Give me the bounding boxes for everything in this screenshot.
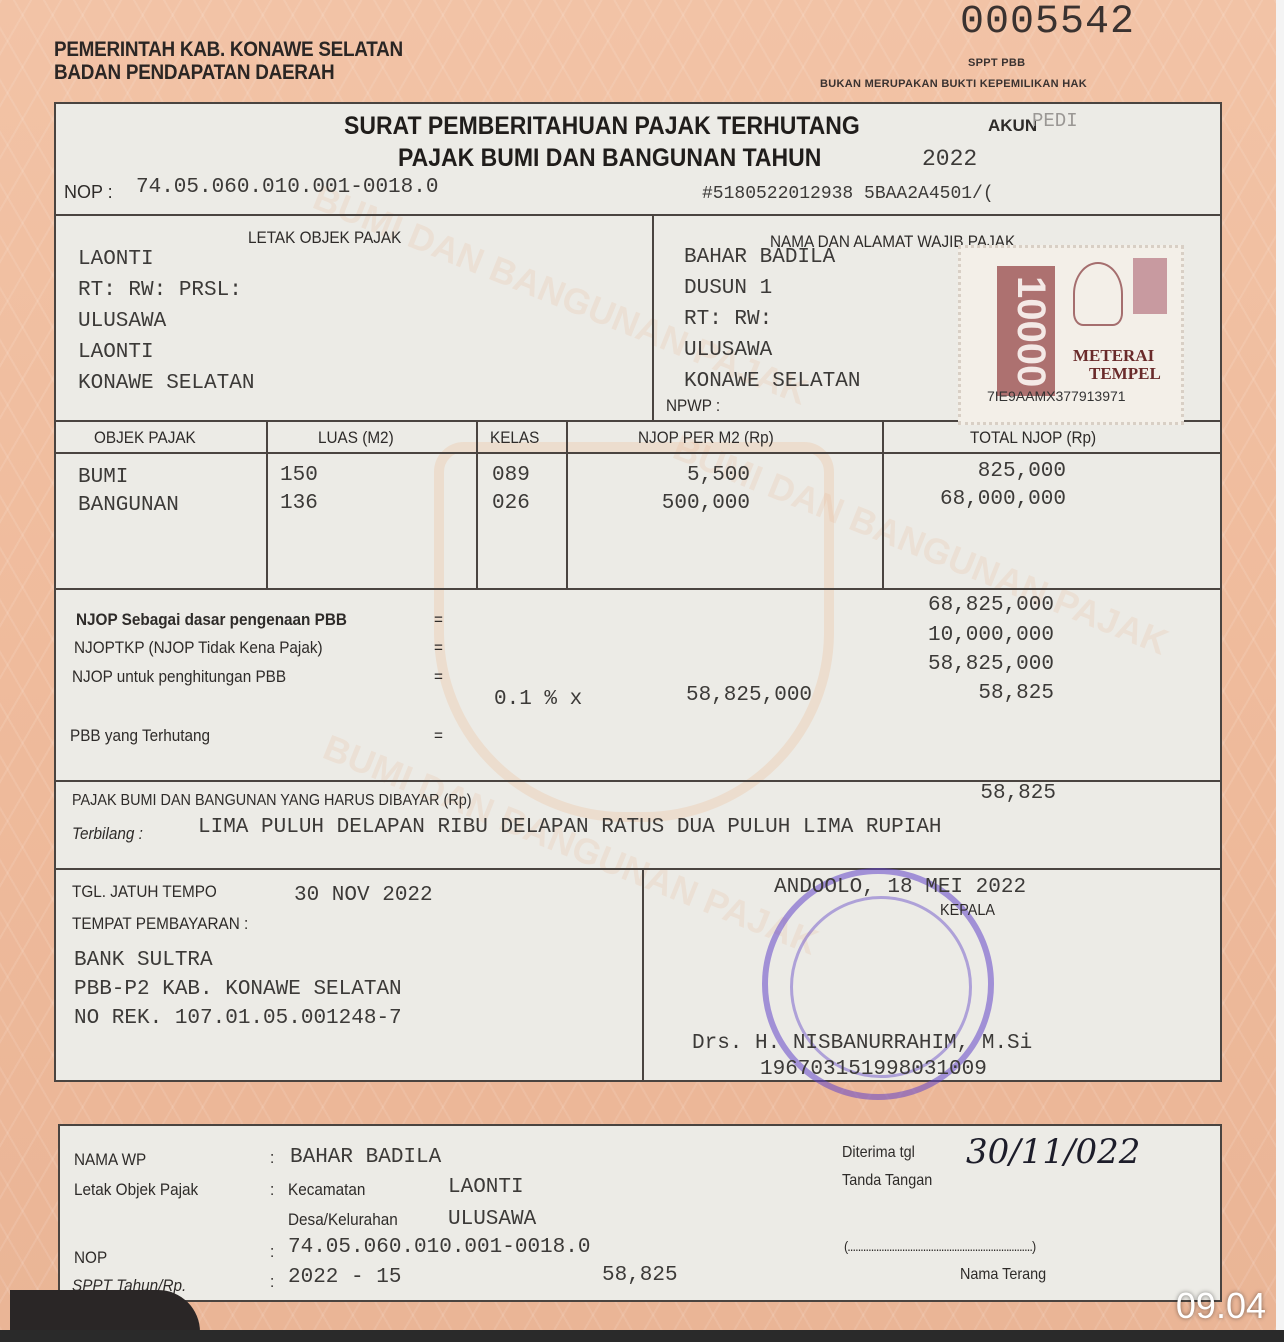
payment-place: BANK SULTRA PBB-P2 KAB. KONAWE SELATAN N… [74,946,402,1033]
cell-objek: BANGUNAN [78,494,179,517]
pbb-terhutang-label: PBB yang Terhutang [70,726,210,746]
signature-label: Tanda Tangan [842,1172,932,1190]
colon: : [270,1180,274,1200]
cell-luas: 150 [280,464,318,487]
njoptkp-value: 10,000,000 [856,624,1054,647]
stamp-code: 7IE9AAMX377913971 [987,388,1126,404]
equals-sign: = [434,726,443,746]
desa-label: Desa/Kelurahan [288,1210,398,1230]
bank-name: BANK SULTRA [74,946,402,975]
desa-value: ULUSAWA [448,1208,536,1231]
colon: : [270,1272,274,1292]
screen-bottom-bar [0,1330,1284,1342]
receipt-stub: NAMA WP : BAHAR BADILA Letak Objek Pajak… [58,1124,1222,1302]
nama-wp-label: NAMA WP [74,1150,146,1170]
divider [476,420,478,590]
stamp-label-1: METERAI [1073,346,1154,366]
stamp-value: 10000 [1008,276,1053,387]
terbilang-label: Terbilang : [72,824,143,844]
njop-hitung-label: NJOP untuk penghitungan PBB [72,667,286,687]
address-line: LAONTI [78,337,254,368]
diterima-label: Diterima tgl [842,1144,915,1162]
nop-value: 74.05.060.010.001-0018.0 [288,1236,590,1259]
serial-number: 0005542 [960,0,1135,45]
equals-sign: = [434,667,443,687]
cell-total-njop: 825,000 [896,460,1066,483]
address-line: KONAWE SELATAN [684,366,860,397]
column-header-luas: LUAS (M2) [318,428,394,448]
issuer-line-2: BADAN PENDAPATAN DAERAH [54,61,334,84]
due-date-value: 30 NOV 2022 [294,884,433,907]
video-timestamp: 09.04 [1176,1285,1266,1327]
photo-shadow [10,1290,200,1332]
issuer-line-1: PEMERINTAH KAB. KONAWE SELATAN [54,38,403,61]
divider [642,868,644,1082]
divider [56,452,1220,454]
cell-objek: BUMI [78,466,128,489]
divider [56,588,1220,590]
signatory-name: Drs. H. NISBANURRAHIM, M.Si [692,1032,1032,1055]
address-line: RT: RW: PRSL: [78,275,254,306]
akun-value: PEDI [1032,110,1078,132]
taxpayer-name: BAHAR BADILA [684,242,860,273]
address-line: ULUSAWA [78,306,254,337]
amount-due-value: 58,825 [936,782,1056,805]
garuda-emblem-icon [1073,262,1123,326]
kecamatan-value: LAONTI [448,1176,524,1199]
bank-account-holder: PBB-P2 KAB. KONAWE SELATAN [74,975,402,1004]
payment-place-label: TEMPAT PEMBAYARAN : [72,914,248,934]
equals-sign: = [434,638,443,658]
address-line: LAONTI [78,244,254,275]
column-header-objek: OBJEK PAJAK [94,428,196,448]
njop-dasar-label: NJOP Sebagai dasar pengenaan PBB [76,610,347,630]
equals-sign: = [434,610,443,630]
signatory-nip: 196703151998031009 [760,1058,987,1081]
stamp-label-2: TEMPEL [1089,364,1161,384]
column-header-njop-per-m2: NJOP PER M2 (Rp) [638,428,774,448]
divider [56,868,1220,870]
tax-rate-base: 58,825,000 [686,684,812,707]
njop-dasar-value: 68,825,000 [856,594,1054,617]
address-line: RT: RW: [684,304,860,335]
npwp-label: NPWP : [666,396,720,416]
address-line: ULUSAWA [684,335,860,366]
cell-njop-per-m2: 500,000 [576,492,750,515]
amount-due-label: PAJAK BUMI DAN BANGUNAN YANG HARUS DIBAY… [72,792,472,810]
njop-hitung-value: 58,825,000 [856,653,1054,676]
cell-kelas: 026 [492,492,530,515]
cell-kelas: 089 [492,464,530,487]
bank-account-number: NO REK. 107.01.05.001248-7 [74,1004,402,1033]
signature-line: (.......................................… [844,1238,1035,1254]
received-date-handwritten: 30/11/022 [966,1132,1140,1172]
tax-rate: 0.1 % x [494,688,582,711]
divider [652,214,654,420]
cell-njop-per-m2: 5,500 [576,464,750,487]
column-header-total-njop: TOTAL NJOP (Rp) [970,428,1096,448]
revenue-stamp: 10000 METERAI TEMPEL 7IE9AAMX377913971 [958,245,1184,425]
doc-type: SPPT PBB [968,57,1025,69]
nop-label: NOP : [64,182,113,203]
reference-code: #5180522012938 5BAA2A4501/( [702,184,994,204]
divider [882,420,884,590]
table-row-bumi: BUMI [78,464,128,492]
sppt-amount: 58,825 [602,1264,678,1287]
tax-notice-document: PEMERINTAH KAB. KONAWE SELATAN BADAN PEN… [0,0,1276,1330]
nama-terang-label: Nama Terang [960,1266,1046,1284]
due-date-label: TGL. JATUH TEMPO [72,882,217,902]
cell-luas: 136 [280,492,318,515]
taxpayer-address: BAHAR BADILA DUSUN 1 RT: RW: ULUSAWA KON… [684,242,860,397]
nop-label: NOP [74,1248,107,1268]
divider [266,420,268,590]
tax-year: 2022 [922,146,977,172]
tax-rate-result: 58,825 [856,682,1054,705]
nop-value: 74.05.060.010.001-0018.0 [136,176,438,199]
document-subtitle: PAJAK BUMI DAN BANGUNAN TAHUN [398,144,821,173]
colon: : [270,1148,274,1168]
cell-total-njop: 68,000,000 [896,488,1066,511]
amount-in-words: LIMA PULUH DELAPAN RIBU DELAPAN RATUS DU… [198,816,1088,839]
divider [566,420,568,590]
akun-label: AKUN [988,116,1037,136]
njoptkp-label: NJOPTKP (NJOP Tidak Kena Pajak) [74,638,323,658]
colon: : [270,1242,274,1262]
kecamatan-label: Kecamatan [288,1180,365,1200]
document-title: SURAT PEMBERITAHUAN PAJAK TERHUTANG [344,112,860,141]
object-location-address: LAONTI RT: RW: PRSL: ULUSAWA LAONTI KONA… [78,244,254,399]
nama-wp-value: BAHAR BADILA [290,1146,441,1169]
object-location-heading: LETAK OBJEK PAJAK [248,228,401,248]
ownership-disclaimer: BUKAN MERUPAKAN BUKTI KEPEMILIKAN HAK [820,78,1087,90]
address-line: KONAWE SELATAN [78,368,254,399]
column-header-kelas: KELAS [490,428,539,448]
address-line: DUSUN 1 [684,273,860,304]
signature-place-date: ANDOOLO, 18 MEI 2022 [774,876,1026,899]
letak-label: Letak Objek Pajak [74,1180,198,1200]
signatory-position: KEPALA [940,902,995,920]
sppt-year: 2022 - 15 [288,1266,401,1289]
divider [56,214,1220,216]
table-row-bangunan: BANGUNAN [78,492,179,520]
